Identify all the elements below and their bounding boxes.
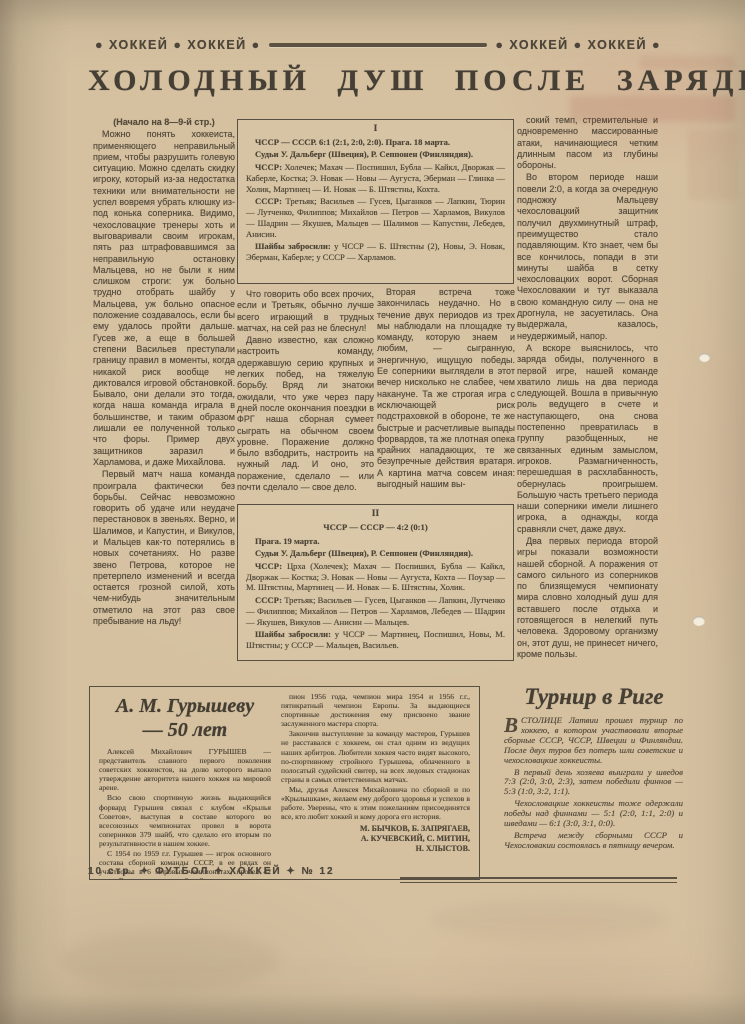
masthead: ● ХОККЕЙ ● ХОККЕЙ ● ● ХОККЕЙ ● ХОККЕЙ ● (95, 38, 661, 52)
paragraph: Два первых периода второй игры показали … (517, 536, 658, 660)
match-2-roster-chssr: ЧССР: Црха (Холечек); Махач — Поспишил, … (246, 561, 505, 594)
article-column-3: Вторая встреча тоже закончилась неудачно… (377, 287, 515, 504)
paragraph: Встреча между сборными СССР и Чехословак… (504, 831, 683, 851)
match-2-score: ЧССР — СССР — 4:2 (0:1) (246, 522, 505, 533)
paragraph: Давно известно, как сложно настроить ком… (237, 335, 374, 493)
paper-smudge (430, 900, 670, 940)
jubilee-signatures: М. БЫЧКОВ, Б. ЗАПРЯГАЕВ, А. КУЧЕВСКИЙ, С… (281, 824, 470, 854)
continuation-note: (Начало на 8—9-й стр.) (93, 117, 235, 128)
match-1-referees: Судьи У. Дальберг (Швеция), Р. Сеппонен … (246, 149, 505, 160)
paragraph: Первый матч наша команда проиграла факти… (93, 469, 235, 627)
paragraph: Мы, друзья Алексея Михайловича по сборно… (281, 785, 470, 821)
match-1-roster-cccp: СССР: Третьяк; Васильев — Гусев, Цыганко… (246, 196, 505, 240)
match-1-numeral: I (246, 124, 505, 135)
riga-article: ВСТОЛИЦЕ Латвии прошел турнир по хоккею,… (504, 716, 683, 868)
match-report-1: I ЧССР — СССР. 6:1 (2:1, 2:0, 2:0). Праг… (237, 119, 514, 284)
riga-title: Турнир в Риге (505, 684, 683, 710)
jubilee-right-column: пион 1956 года, чемпион мира 1954 и 1956… (281, 692, 470, 875)
paragraph: Всю свою спортивную жизнь выдающийся фор… (99, 793, 271, 848)
paragraph: Чехословацкие хоккеисты тоже одержали по… (504, 799, 683, 829)
page-headline: ХОЛОДНЫЙ ДУШ ПОСЛЕ ЗАРЯДКИ (88, 64, 666, 98)
jubilee-box: А. М. Гурышеву — 50 лет Алексей Михайлов… (89, 686, 480, 880)
article-column-4: сокий темп, стремительные и одновременно… (517, 115, 658, 685)
footer-rule (400, 877, 677, 883)
match-2-referees: Судьи У. Дальберг (Швеция), Р. Сеппонен … (246, 548, 505, 559)
masthead-left-label: ● ХОККЕЙ ● ХОККЕЙ ● (95, 38, 261, 52)
ink-bleed-through (570, 96, 735, 122)
paragraph: пион 1956 года, чемпион мира 1954 и 1956… (281, 692, 470, 728)
match-2-roster-cccp: СССР: Третьяк; Васильев — Гусев, Цыганко… (246, 595, 505, 628)
ink-bleed-through (688, 130, 738, 200)
match-1-score: ЧССР — СССР. 6:1 (2:1, 2:0, 2:0). Прага.… (246, 137, 505, 148)
paragraph: сокий темп, стремительные и одновременно… (517, 115, 658, 171)
masthead-rule (269, 43, 488, 47)
jubilee-left-column: А. М. Гурышеву — 50 лет Алексей Михайлов… (99, 692, 271, 875)
paragraph: В первый день хозяева выиграли у шведов … (504, 768, 683, 798)
paragraph: Можно понять хоккеиста, применяющего неп… (93, 129, 235, 468)
match-report-2: II ЧССР — СССР — 4:2 (0:1) Прага. 19 мар… (237, 504, 514, 661)
ink-bleed-through (640, 56, 735, 70)
jubilee-title: А. М. Гурышеву — 50 лет (99, 694, 271, 742)
paper-smudge (60, 930, 280, 990)
masthead-right-label: ● ХОККЕЙ ● ХОККЕЙ ● (495, 38, 661, 52)
article-column-2: Что говорить обо всех прочих, если и Тре… (237, 289, 374, 504)
page-footer: 10 стр. ✦ ФУТБОЛ ✦ ХОККЕЙ ✦ № 12 (88, 866, 335, 877)
article-column-1: (Начало на 8—9-й стр.) Можно понять хокк… (93, 117, 235, 683)
match-1-goals: Шайбы забросили: у ЧССР — Б. Штястны (2)… (246, 241, 505, 263)
match-2-goals: Шайбы забросили: у ЧССР — Мартинец, Посп… (246, 629, 505, 651)
newspaper-page: ● ХОККЕЙ ● ХОККЕЙ ● ● ХОККЕЙ ● ХОККЕЙ ● … (0, 0, 745, 1024)
paragraph: Вторая встреча тоже закончилась неудачно… (377, 287, 515, 490)
paragraph: ВСТОЛИЦЕ Латвии прошел турнир по хоккею,… (504, 716, 683, 766)
paragraph: Во втором периоде наши повели 2:0, а ког… (517, 172, 658, 341)
paper-hole (693, 616, 705, 626)
paper-hole (699, 353, 710, 362)
match-2-date: Прага. 19 марта. (246, 536, 505, 547)
paragraph: Закончив выступление за команду мастеров… (281, 729, 470, 784)
dropcap: В (504, 716, 518, 734)
paragraph: А вскоре выяснилось, что заряда обиды, п… (517, 343, 658, 535)
paragraph: Алексей Михайлович ГУРЫШЕВ — представите… (99, 747, 271, 792)
match-1-roster-chssr: ЧССР: Холечек; Махач — Поспишил, Бубла —… (246, 162, 505, 195)
match-2-numeral: II (246, 509, 505, 520)
paragraph: Что говорить обо всех прочих, если и Тре… (237, 289, 374, 334)
